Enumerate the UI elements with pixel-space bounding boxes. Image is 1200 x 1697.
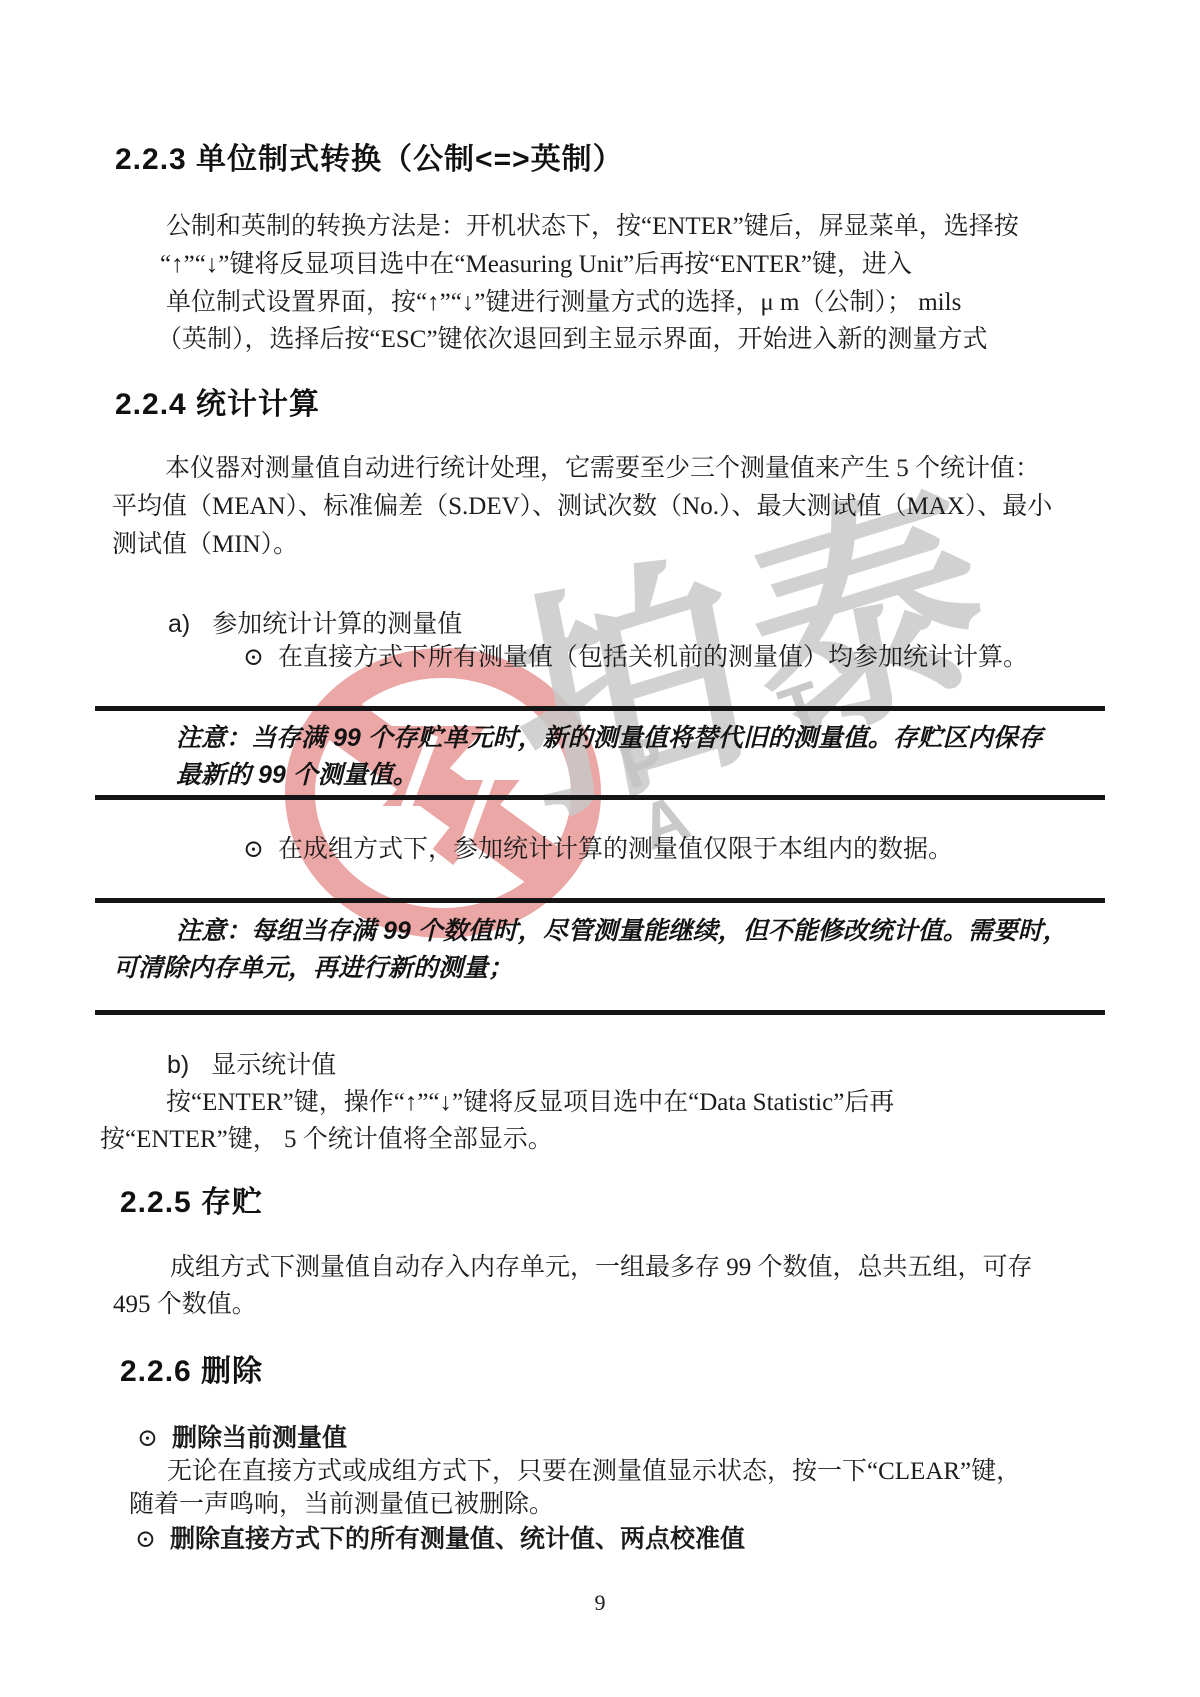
page-number: 9 (0, 1590, 1200, 1616)
bullet-item-label: 删除直接方式下的所有测量值、统计值、两点校准值 (170, 1525, 745, 1553)
list-item-a: a)参加统计计算的测量值 (168, 607, 462, 642)
divider-rule (95, 1010, 1105, 1015)
divider-rule (95, 795, 1105, 800)
divider-rule (95, 898, 1105, 903)
bullet-item: ⊙在成组方式下，参加统计计算的测量值仅限于本组内的数据。 (243, 833, 953, 867)
paragraph-line: 无论在直接方式或成组方式下，只要在测量值显示状态，按一下“CLEAR”键， (167, 1455, 1021, 1489)
section-224-heading: 2.2.4 统计计算 (115, 385, 320, 425)
paragraph-line: 本仪器对测量值自动进行统计处理，它需要至少三个测量值来产生 5 个统计值： (165, 452, 1040, 486)
section-226-heading: 2.2.6 删除 (120, 1352, 263, 1392)
paragraph-line: 495 个数值。 (113, 1288, 257, 1322)
section-223-heading: 2.2.3 单位制式转换（公制<=>英制） (115, 140, 624, 180)
manual-page: 拍泰 P T A 2.2.3 单位制式转换（公制<=>英制） 公制和英制的转换方… (0, 0, 1200, 1697)
paragraph-line: 随着一声鸣响，当前测量值已被删除。 (129, 1488, 554, 1522)
bullet-item: ⊙删除直接方式下的所有测量值、统计值、两点校准值 (135, 1522, 745, 1557)
bullet-item-text: 在成组方式下，参加统计计算的测量值仅限于本组内的数据。 (278, 836, 953, 863)
bullet-item: ⊙在直接方式下所有测量值（包括关机前的测量值）均参加统计计算。 (243, 641, 1028, 675)
section-225-heading: 2.2.5 存贮 (120, 1183, 263, 1223)
paragraph-line: 按“ENTER”键，操作“↑”“↓”键将反显项目选中在“Data Statist… (166, 1086, 894, 1120)
paragraph-line: 平均值（MEAN）、标准偏差（S.DEV）、测试次数（No.）、最大测试值（MA… (112, 490, 1052, 524)
list-item-a-tag: a) (168, 607, 190, 641)
divider-rule (95, 706, 1105, 711)
paragraph-line: 按“ENTER”键， 5 个统计值将全部显示。 (100, 1123, 553, 1157)
circle-dot-bullet-icon: ⊙ (137, 1422, 158, 1456)
paragraph-line: 测试值（MIN）。 (112, 528, 298, 562)
list-item-b-tag: b) (167, 1048, 189, 1082)
paragraph-line: 公制和英制的转换方法是：开机状态下，按“ENTER”键后，屏显菜单，选择按 (166, 210, 1019, 244)
circle-dot-bullet-icon: ⊙ (243, 641, 264, 675)
note-line: 注意：每组当存满 99 个数值时，尽管测量能继续，但不能修改统计值。需要时， (176, 913, 1068, 949)
bullet-item: ⊙删除当前测量值 (137, 1421, 347, 1456)
list-item-b: b)显示统计值 (167, 1048, 336, 1083)
bullet-item-label: 删除当前测量值 (172, 1424, 347, 1452)
bullet-item-text: 在直接方式下所有测量值（包括关机前的测量值）均参加统计计算。 (278, 644, 1028, 671)
note-line: 最新的 99 个测量值。 (176, 757, 418, 793)
paragraph-line: 成组方式下测量值自动存入内存单元，一组最多存 99 个数值，总共五组，可存 (170, 1251, 1033, 1285)
circle-dot-bullet-icon: ⊙ (243, 833, 264, 867)
paragraph-line: （英制），选择后按“ESC”键依次退回到主显示界面，开始进入新的测量方式 (157, 323, 988, 357)
list-item-b-label: 显示统计值 (211, 1052, 336, 1079)
note-line: 可清除内存单元，再进行新的测量； (113, 950, 513, 986)
note-line: 注意：当存满 99 个存贮单元时，新的测量值将替代旧的测量值。存贮区内保存 (176, 720, 1043, 756)
paragraph-line: 单位制式设置界面，按“↑”“↓”键进行测量方式的选择，μ m（公制）； mils (166, 286, 961, 320)
list-item-a-label: 参加统计计算的测量值 (212, 611, 462, 638)
circle-dot-bullet-icon: ⊙ (135, 1523, 156, 1557)
paragraph-line: “↑”“↓”键将反显项目选中在“Measuring Unit”后再按“ENTER… (160, 248, 912, 282)
